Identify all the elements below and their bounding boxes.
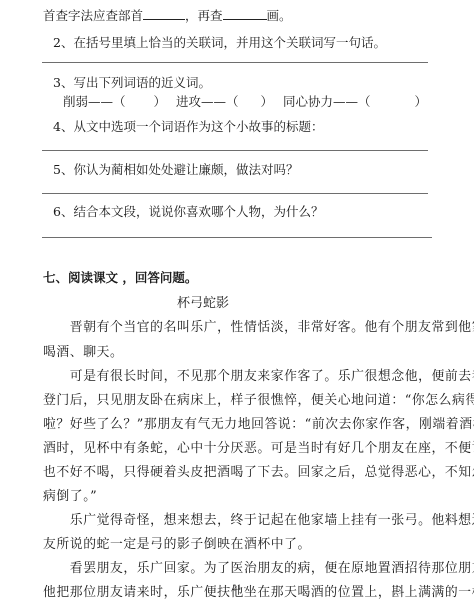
synonym-item-2: 进攻——（） (176, 92, 273, 110)
passage-line: 登门后，只见朋友卧在病床上，样子很憔悴，便关心地问道：“你怎么病得这样 (43, 389, 474, 408)
question-4: 4、从文中选项一个词语作为这个小故事的标题： (53, 117, 323, 135)
passage-line: 也不好不喝，只得硬着头皮把酒喝了下去。回家之后，总觉得恶心，不知怎么就 (43, 461, 474, 480)
synonym-word-2: 进攻——（ (176, 94, 239, 109)
passage-line: 啦？好些了么？”那朋友有气无力地回答说：“前次去你家作客，刚端着酒杯喝 (43, 413, 474, 432)
synonym-word-1: 削弱——（ (63, 94, 126, 109)
passage-line: 乐广觉得奇怪，想来想去，终于记起在他家墙上挂有一张弓。他料想这位朋 (43, 509, 474, 528)
passage-line: 喝酒、聊天。 (43, 341, 123, 360)
question-3: 3、写出下列词语的近义词。 (53, 73, 211, 91)
question-6: 6、结合本文段，说说你喜欢哪个人物，为什么？ (53, 202, 323, 220)
question-2: 2、在括号里填上恰当的关联词，并用这个关联词写一句话。 (53, 33, 386, 51)
answer-line-q2[interactable] (42, 62, 428, 63)
q1-prefix: 首查字法应查部首 (43, 8, 143, 23)
question-5: 5、你认为蔺相如处处避让廉颇，做法对吗？ (53, 160, 298, 178)
synonym-word-3: 同心协力——（ (283, 94, 371, 109)
q1-suffix: 画。 (267, 8, 292, 23)
radical-blank[interactable] (143, 7, 185, 20)
stroke-count-blank[interactable] (223, 7, 267, 20)
synonym-close-3: ） (415, 94, 428, 109)
synonym-item-1: 削弱——（） (63, 92, 166, 110)
passage-line: 友所说的蛇一定是弓的影子倒映在酒杯中了。 (43, 533, 311, 552)
question-1-tail: 首查字法应查部首，再查画。 (43, 6, 292, 24)
answer-line-q5[interactable] (42, 193, 428, 194)
q1-middle: ，再查 (185, 8, 223, 23)
synonym-item-3: 同心协力——（） (283, 92, 427, 110)
synonym-close-1: ） (154, 94, 167, 109)
synonym-close-2: ） (261, 94, 274, 109)
passage-title: 杯弓蛇影 (177, 292, 229, 311)
passage-line: 酒时，见杯中有条蛇，心中十分厌恶。可是当时有好几个朋友在座，不便说出， (43, 437, 474, 456)
page-number: - 21 - (0, 584, 474, 592)
passage-line: 晋朝有个当官的名叫乐广，性情恬淡，非常好客。他有个朋友常到他家来 (43, 316, 474, 335)
answer-line-q6[interactable] (42, 237, 432, 238)
passage-line: 可是有很长时间，不见那个朋友来家作客了。乐广很想念他，便前去看望。 (43, 365, 474, 384)
passage-line: 看罢朋友，乐广回家。为了医治朋友的病，便在原地置酒招待那位朋友。当 (43, 557, 474, 576)
answer-line-q4[interactable] (42, 150, 428, 151)
passage-line: 病倒了。” (43, 485, 97, 504)
section-heading: 七、阅读课文 ，回答问题。 (43, 268, 197, 286)
